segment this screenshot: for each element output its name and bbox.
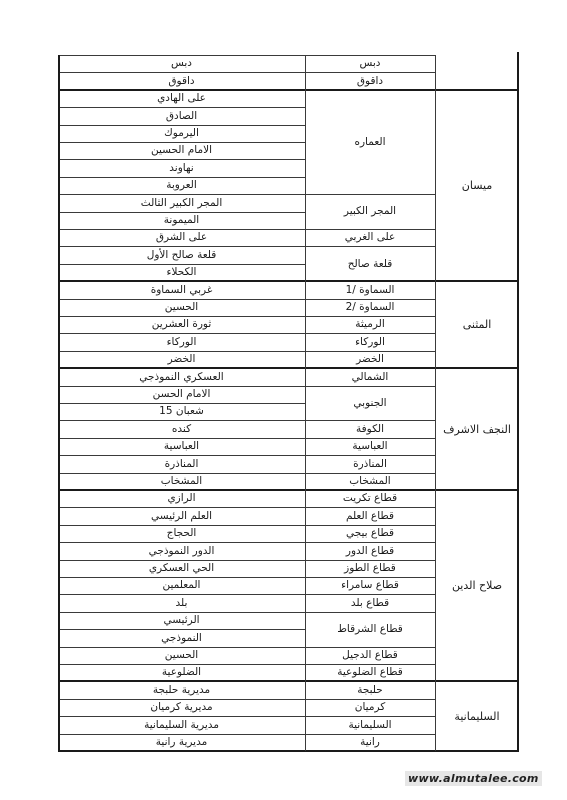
sub-district-cell: الرازي <box>58 490 305 507</box>
sub-district-cell: على الهادي <box>58 90 305 107</box>
district-cell: العباسية <box>305 438 435 455</box>
district-cell: الشمالي <box>305 368 435 385</box>
province-cell <box>435 55 519 90</box>
sub-district-cell: كنده <box>58 420 305 437</box>
sub-district-cell: العسكري النموذجي <box>58 368 305 385</box>
district-cell: السليمانية <box>305 716 435 733</box>
district-cell: دبس <box>305 55 435 72</box>
group-divider <box>58 351 435 352</box>
district-cell: الوركاء <box>305 333 435 350</box>
district-cell: قلعة صالح <box>305 246 435 281</box>
sub-district-cell: داقوق <box>58 72 305 89</box>
sub-district-cell: نهاوند <box>58 159 305 176</box>
sub-district-cell: غربي السماوة <box>58 281 305 298</box>
district-cell: الكوفة <box>305 420 435 437</box>
group-divider <box>58 664 435 665</box>
group-divider <box>58 716 435 717</box>
row-divider <box>58 125 305 126</box>
district-cell: المناذرة <box>305 455 435 472</box>
sub-district-cell: العروبة <box>58 177 305 194</box>
sub-district-cell: بلد <box>58 594 305 611</box>
sub-district-cell: الخضر <box>58 351 305 368</box>
sub-district-cell: العباسية <box>58 438 305 455</box>
row-divider <box>58 107 305 108</box>
group-divider <box>58 246 435 247</box>
sub-district-cell: النموذجي <box>58 629 305 646</box>
table-top-border <box>58 55 435 56</box>
group-divider <box>58 525 435 526</box>
sub-district-cell: على الشرق <box>58 229 305 246</box>
sub-district-cell: الامام الحسن <box>58 386 305 403</box>
sub-district-cell: العلم الرئيسي <box>58 507 305 524</box>
column-divider <box>305 55 306 751</box>
district-cell: قطاع الضلوعية <box>305 664 435 681</box>
district-cell: السماوة /2 <box>305 299 435 316</box>
district-cell: المجر الكبير <box>305 194 435 229</box>
row-divider <box>58 403 305 404</box>
sub-district-cell: ثورة العشرين <box>58 316 305 333</box>
district-cell: قطاع الطوز <box>305 560 435 577</box>
sub-district-cell: الضلوعية <box>58 664 305 681</box>
row-divider <box>58 177 305 178</box>
section-divider <box>58 89 519 91</box>
district-cell: الخضر <box>305 351 435 368</box>
group-divider <box>58 647 435 648</box>
group-divider <box>58 333 435 334</box>
section-divider <box>58 280 519 282</box>
group-divider <box>58 438 435 439</box>
district-cell: رانية <box>305 734 435 751</box>
row-divider <box>58 142 305 143</box>
district-cell: قطاع الدجيل <box>305 647 435 664</box>
group-divider <box>58 577 435 578</box>
table-left-border <box>58 55 60 751</box>
section-divider <box>58 680 519 682</box>
group-divider <box>58 420 435 421</box>
sub-district-cell: الميمونة <box>58 212 305 229</box>
sub-district-cell: الصادق <box>58 107 305 124</box>
row-divider <box>58 264 305 265</box>
sub-district-cell: الكحلاء <box>58 264 305 281</box>
sub-district-cell: الامام الحسين <box>58 142 305 159</box>
sub-district-cell: الحي العسكري <box>58 560 305 577</box>
watermark: www.almutalee.com <box>405 771 542 786</box>
sub-district-cell: اليرموك <box>58 125 305 142</box>
row-divider <box>58 212 305 213</box>
district-cell: العماره <box>305 90 435 194</box>
sub-district-cell: الدور النموذجي <box>58 542 305 559</box>
group-divider <box>58 194 435 195</box>
district-cell: قطاع تكريت <box>305 490 435 507</box>
sub-district-cell: المشخاب <box>58 473 305 490</box>
district-cell: الرميثة <box>305 316 435 333</box>
district-cell: على الغربي <box>305 229 435 246</box>
section-divider <box>58 367 519 369</box>
district-cell: قطاع الدور <box>305 542 435 559</box>
sub-district-cell: الحسين <box>58 299 305 316</box>
group-divider <box>58 734 435 735</box>
table-right-border <box>517 52 519 751</box>
group-divider <box>58 299 435 300</box>
district-cell: قطاع بلد <box>305 594 435 611</box>
province-cell: النجف الاشرف <box>435 368 519 490</box>
group-divider <box>58 699 435 700</box>
sub-district-cell: الحجاج <box>58 525 305 542</box>
group-divider <box>58 560 435 561</box>
province-cell: المثنى <box>435 281 519 368</box>
row-divider <box>58 159 305 160</box>
group-divider <box>58 72 435 73</box>
group-divider <box>58 473 435 474</box>
district-cell: قطاع بيجي <box>305 525 435 542</box>
district-cell: كرميان <box>305 699 435 716</box>
district-cell: حلبجة <box>305 681 435 698</box>
group-divider <box>58 386 435 387</box>
province-cell: صلاح الدين <box>435 490 519 681</box>
group-divider <box>58 455 435 456</box>
district-cell: داقوق <box>305 72 435 89</box>
district-cell: الجنوبي <box>305 386 435 421</box>
document-page: دبسدبسداقوقداقوقعلى الهاديالصادقاليرموكا… <box>0 0 567 800</box>
sub-district-cell: الوركاء <box>58 333 305 350</box>
province-cell: ميسان <box>435 90 519 281</box>
province-cell: السليمانية <box>435 681 519 751</box>
district-cell: السماوة /1 <box>305 281 435 298</box>
group-divider <box>58 316 435 317</box>
district-cell: المشخاب <box>305 473 435 490</box>
group-divider <box>58 229 435 230</box>
sub-district-cell: مديرية كرميان <box>58 699 305 716</box>
table-bottom-border <box>58 750 519 752</box>
sub-district-cell: مديرية رانية <box>58 734 305 751</box>
sub-district-cell: مديرية السليمانية <box>58 716 305 733</box>
section-divider <box>58 489 519 491</box>
sub-district-cell: قلعة صالح الأول <box>58 246 305 263</box>
sub-district-cell: دبس <box>58 55 305 72</box>
districts-table: دبسدبسداقوقداقوقعلى الهاديالصادقاليرموكا… <box>58 55 519 751</box>
sub-district-cell: مديرية حلبجة <box>58 681 305 698</box>
sub-district-cell: المجر الكبير الثالث <box>58 194 305 211</box>
district-cell: قطاع سامراء <box>305 577 435 594</box>
group-divider <box>58 594 435 595</box>
district-cell: قطاع الشرقاط <box>305 612 435 647</box>
sub-district-cell: شعبان 15 <box>58 403 305 420</box>
row-divider <box>58 629 305 630</box>
column-divider <box>435 55 436 751</box>
sub-district-cell: المعلمين <box>58 577 305 594</box>
district-cell: قطاع العلم <box>305 507 435 524</box>
sub-district-cell: المناذرة <box>58 455 305 472</box>
sub-district-cell: الحسين <box>58 647 305 664</box>
group-divider <box>58 612 435 613</box>
group-divider <box>58 542 435 543</box>
sub-district-cell: الرئيسي <box>58 612 305 629</box>
group-divider <box>58 507 435 508</box>
